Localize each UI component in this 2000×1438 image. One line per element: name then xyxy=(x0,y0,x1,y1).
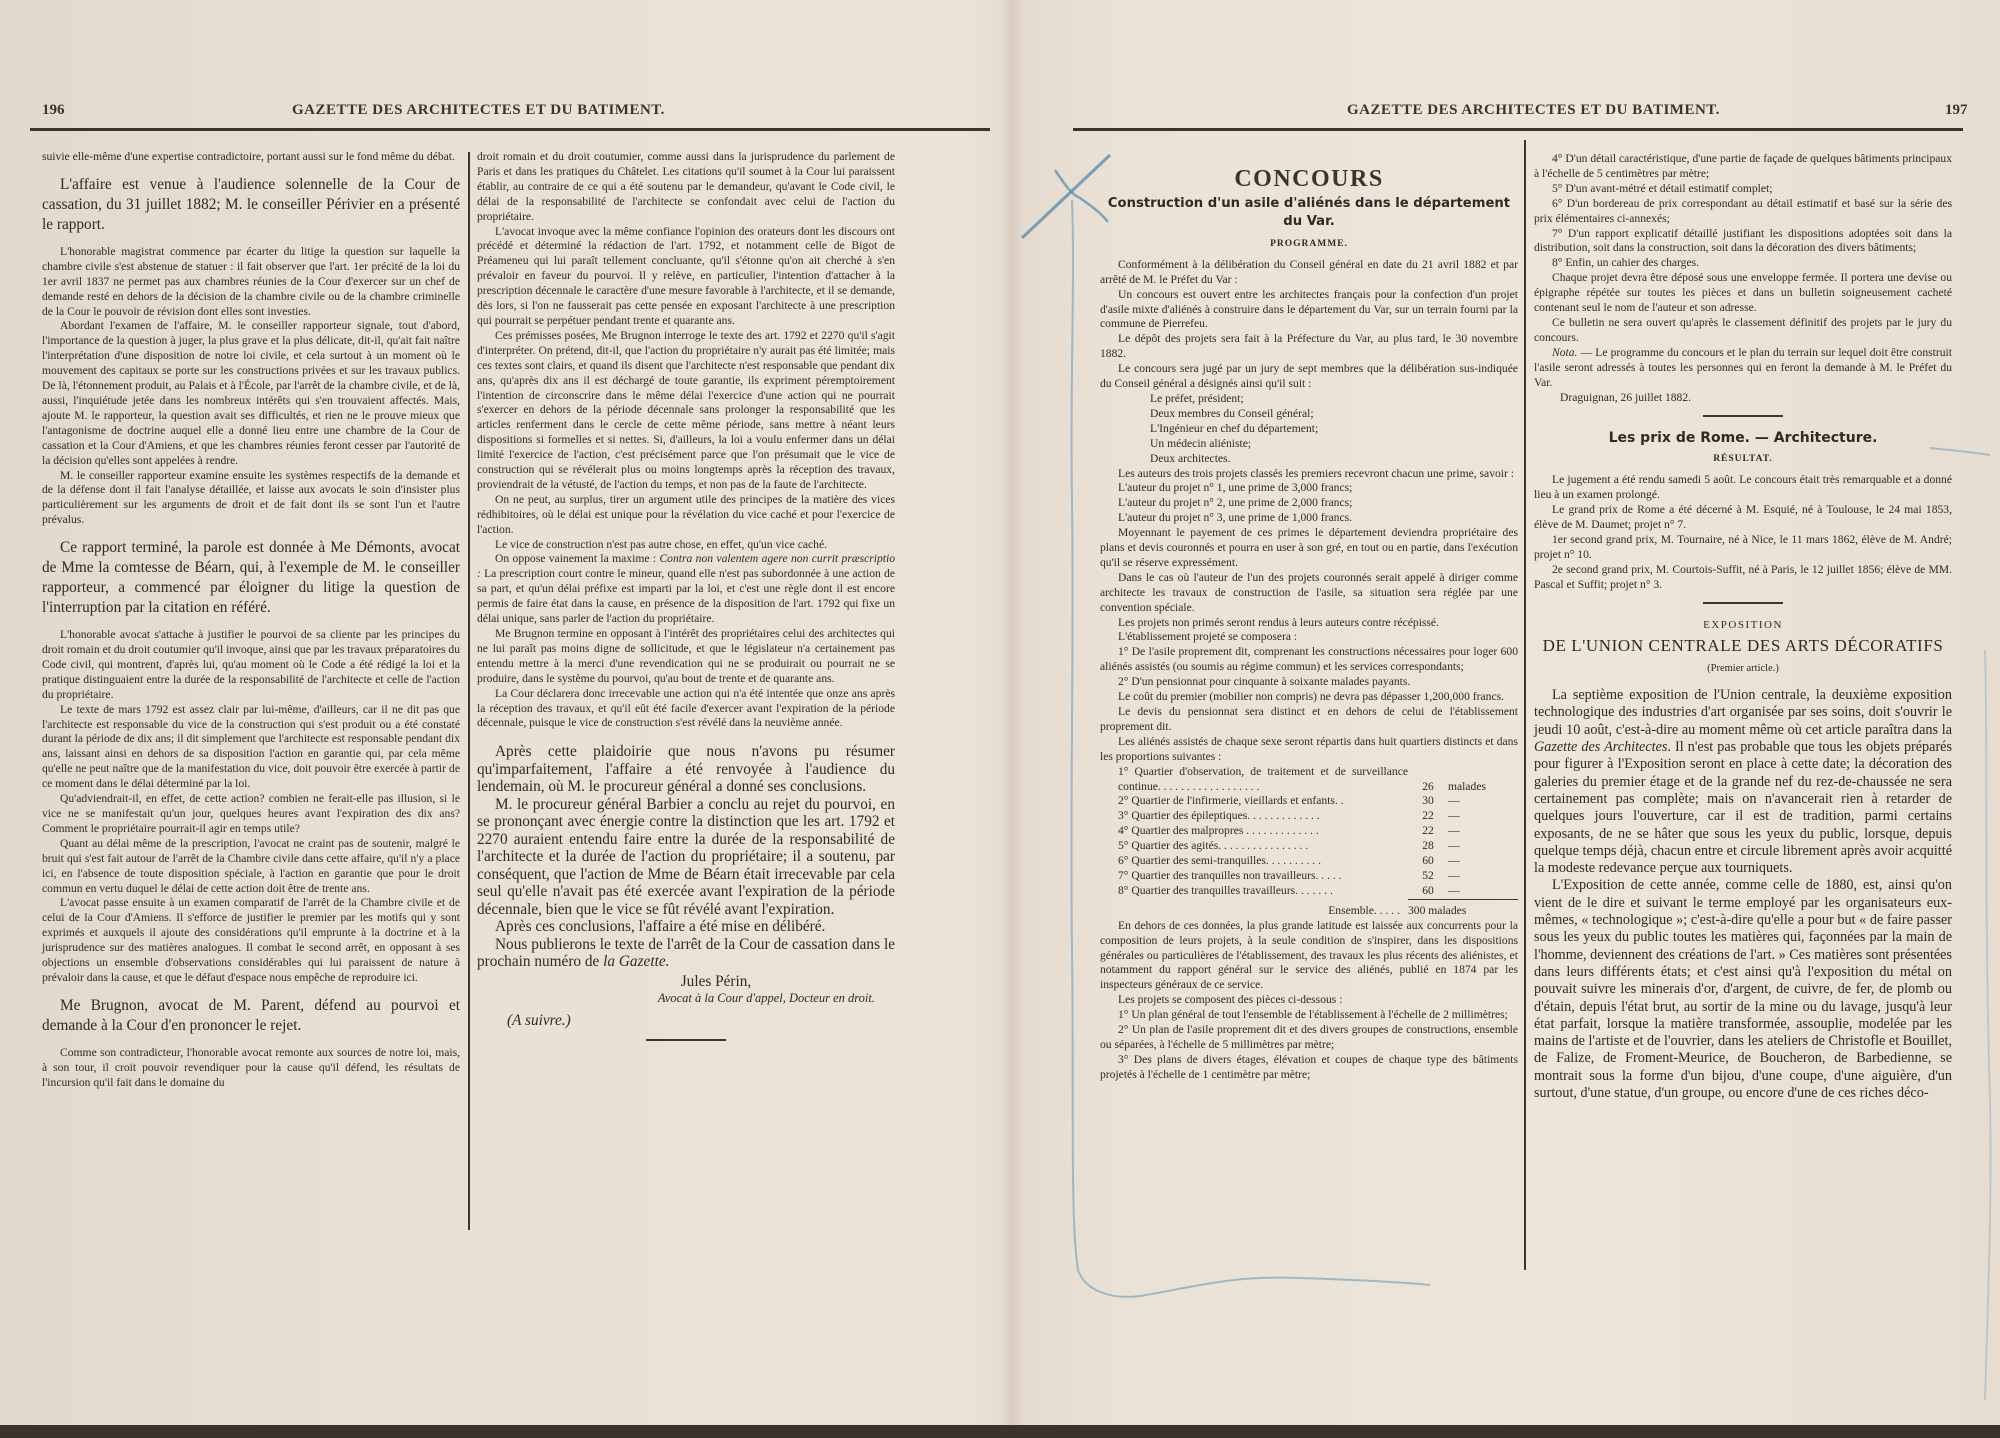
paragraph: suivie elle-même d'une expertise contrad… xyxy=(42,150,460,165)
rome-prize-title: Les prix de Rome. — Architecture. xyxy=(1534,431,1952,446)
lead-paragraph: Nous publierons le texte de l'arrêt de l… xyxy=(477,936,895,971)
quartiers-table: 1° Quartier d'observation, de traitement… xyxy=(1100,765,1518,919)
paragraph: 1° De l'asile proprement dit, comprenant… xyxy=(1100,645,1518,675)
paragraph: L'avocat invoque avec la même confiance … xyxy=(477,225,895,329)
result-label: RÉSULTAT. xyxy=(1534,452,1952,467)
piece-item: 5° D'un avant-métré et détail estimatif … xyxy=(1534,182,1952,197)
lead-paragraph: La septième exposition de l'Union centra… xyxy=(1534,687,1952,877)
lead-paragraph: L'Exposition de cette année, comme celle… xyxy=(1534,877,1952,1102)
paragraph: Quant au délai même de la prescription, … xyxy=(42,837,460,897)
paragraph: droit romain et du droit coutumier, comm… xyxy=(477,150,895,225)
page-number-left: 196 xyxy=(42,102,65,119)
piece-item: 1° Un plan général de tout l'ensemble de… xyxy=(1100,1008,1518,1023)
exposition-note: (Premier article.) xyxy=(1534,662,1952,677)
paragraph: 2e second grand prix, M. Courtois-Suffit… xyxy=(1534,563,1952,593)
nota-paragraph: Nota. — Le programme du concours et le p… xyxy=(1534,346,1952,391)
paragraph: Les projets non primés seront rendus à l… xyxy=(1100,616,1518,631)
paragraph: Le jugement a été rendu samedi 5 août. L… xyxy=(1534,473,1952,503)
paragraph: Chaque projet devra être déposé sous une… xyxy=(1534,271,1952,316)
section-rule xyxy=(1703,415,1783,417)
concours-subtitle: Construction d'un asile d'aliénés dans l… xyxy=(1100,195,1518,231)
table-row: 6° Quartier des semi-tranquilles. . . . … xyxy=(1100,854,1518,869)
paragraph: Le grand prix de Rome a été décerné à M.… xyxy=(1534,503,1952,533)
column-divider xyxy=(1524,140,1526,1270)
page-number-right: 197 xyxy=(1945,102,1968,119)
paragraph: Comme son contradicteur, l'honorable avo… xyxy=(42,1046,460,1091)
piece-item: 8° Enfin, un cahier des charges. xyxy=(1534,256,1952,271)
dateline: Draguignan, 26 juillet 1882. xyxy=(1534,391,1952,406)
jury-member: L'Ingénieur en chef du département; xyxy=(1150,422,1518,437)
paragraph: Le devis du pensionnat sera distinct et … xyxy=(1100,705,1518,735)
to-be-continued: (A suivre.) xyxy=(477,1012,895,1030)
lead-paragraph: Après ces conclusions, l'affaire a été m… xyxy=(477,918,895,936)
paragraph: 2° D'un pensionnat pour cinquante à soix… xyxy=(1100,675,1518,690)
piece-item: 4° D'un détail caractéristique, d'une pa… xyxy=(1534,152,1952,182)
jury-list: Le préfet, président; Deux membres du Co… xyxy=(1100,392,1518,467)
paragraph: Le concours sera jugé par un jury de sep… xyxy=(1100,362,1518,392)
section-title-concours: CONCOURS xyxy=(1100,172,1518,187)
paragraph: La Cour déclarera donc irrecevable une a… xyxy=(477,687,895,732)
table-row: 8° Quartier des tranquilles travailleurs… xyxy=(1100,884,1518,899)
header-rule-left xyxy=(30,128,990,131)
running-head-left: GAZETTE DES ARCHITECTES ET DU BATIMENT. xyxy=(292,102,665,124)
author-name: Jules Périn, xyxy=(477,973,895,991)
paragraph: Ce bulletin ne sera ouvert qu'après le c… xyxy=(1534,316,1952,346)
running-head-right: GAZETTE DES ARCHITECTES ET DU BATIMENT. xyxy=(1347,102,1720,124)
table-row: 1° Quartier d'observation, de traitement… xyxy=(1100,765,1518,795)
paragraph: Me Brugnon termine en opposant à l'intér… xyxy=(477,627,895,687)
column-4: 4° D'un détail caractéristique, d'une pa… xyxy=(1534,152,1952,1102)
paragraph: L'avocat passe ensuite à un examen compa… xyxy=(42,896,460,985)
column-2: droit romain et du droit coutumier, comm… xyxy=(477,150,895,1051)
paragraph: Les aliénés assistés de chaque sexe sero… xyxy=(1100,735,1518,765)
exposition-kicker: EXPOSITION xyxy=(1534,618,1952,633)
header-rule-right xyxy=(1073,128,1963,131)
programme-label: PROGRAMME. xyxy=(1100,237,1518,252)
piece-item: 3° Des plans de divers étages, élévation… xyxy=(1100,1053,1518,1083)
section-rule xyxy=(1703,602,1783,604)
column-divider xyxy=(468,152,470,1230)
lead-paragraph: Après cette plaidoirie que nous n'avons … xyxy=(477,743,895,796)
table-row: 5° Quartier des agités. . . . . . . . . … xyxy=(1100,839,1518,854)
paragraph: Qu'adviendrait-il, en effet, de cette ac… xyxy=(42,792,460,837)
table-row: 2° Quartier de l'infirmerie, vieillards … xyxy=(1100,794,1518,809)
column-1: suivie elle-même d'une expertise contrad… xyxy=(42,150,460,1091)
table-row: 7° Quartier des tranquilles non travaill… xyxy=(1100,869,1518,884)
jury-member: Le préfet, président; xyxy=(1150,392,1518,407)
lead-paragraph: Ce rapport terminé, la parole est donnée… xyxy=(42,538,460,618)
jury-member: Deux architectes. xyxy=(1150,452,1518,467)
lead-paragraph: M. le procureur général Barbier a conclu… xyxy=(477,796,895,919)
table-row: 3° Quartier des épileptiques. . . . . . … xyxy=(1100,809,1518,824)
author-title: Avocat à la Cour d'appel, Docteur en dro… xyxy=(477,990,895,1008)
paragraph: Un concours est ouvert entre les archite… xyxy=(1100,288,1518,333)
prize-item: L'auteur du projet n° 3, une prime de 1,… xyxy=(1118,511,1518,526)
paragraph: Dans le cas où l'auteur de l'un des proj… xyxy=(1100,571,1518,616)
piece-item: 6° D'un bordereau de prix correspondant … xyxy=(1534,197,1952,227)
page-bottom-edge xyxy=(0,1425,2000,1438)
prize-item: L'auteur du projet n° 2, une prime de 2,… xyxy=(1118,496,1518,511)
page-gutter xyxy=(1000,0,1024,1438)
paragraph: L'honorable avocat s'attache à justifier… xyxy=(42,628,460,703)
paragraph: Abordant l'examen de l'affaire, M. le co… xyxy=(42,319,460,468)
paragraph: 1er second grand prix, M. Tournaire, né … xyxy=(1534,533,1952,563)
paragraph: Ces prémisses posées, Me Brugnon interro… xyxy=(477,329,895,493)
paragraph: Le dépôt des projets sera fait à la Préf… xyxy=(1100,332,1518,362)
prize-item: L'auteur du projet n° 1, une prime de 3,… xyxy=(1118,481,1518,496)
paragraph: L'établissement projeté se composera : xyxy=(1100,630,1518,645)
table-total-row: Ensemble. . . . .300 malades xyxy=(1100,899,1518,918)
paragraph: On oppose vainement la maxime : Contra n… xyxy=(477,552,895,627)
exposition-title: DE L'UNION CENTRALE DES ARTS DÉCORATIFS xyxy=(1534,639,1952,654)
jury-member: Un médecin aliéniste; xyxy=(1150,437,1518,452)
lead-paragraph: L'affaire est venue à l'audience solenne… xyxy=(42,175,460,235)
paragraph: Les auteurs des trois projets classés le… xyxy=(1100,467,1518,482)
paragraph: Les projets se composent des pièces ci-d… xyxy=(1100,993,1518,1008)
lead-paragraph: Me Brugnon, avocat de M. Parent, défend … xyxy=(42,996,460,1036)
piece-item: 7° D'un rapport explicatif détaillé just… xyxy=(1534,227,1952,257)
paragraph: Le texte de mars 1792 est assez clair pa… xyxy=(42,703,460,792)
paragraph: En dehors de ces données, la plus grande… xyxy=(1100,919,1518,994)
piece-item: 2° Un plan de l'asile proprement dit et … xyxy=(1100,1023,1518,1053)
paragraph: Moyennant le payement de ces primes le d… xyxy=(1100,526,1518,571)
jury-member: Deux membres du Conseil général; xyxy=(1150,407,1518,422)
prize-list: L'auteur du projet n° 1, une prime de 3,… xyxy=(1100,481,1518,526)
paragraph: Le coût du premier (mobilier non compris… xyxy=(1100,690,1518,705)
paragraph: L'honorable magistrat commence par écart… xyxy=(42,245,460,320)
paragraph: Conformément à la délibération du Consei… xyxy=(1100,258,1518,288)
paragraph: Le vice de construction n'est pas autre … xyxy=(477,538,895,553)
paragraph: On ne peut, au surplus, tirer un argumen… xyxy=(477,493,895,538)
end-rule xyxy=(646,1039,726,1041)
column-3: CONCOURS Construction d'un asile d'alién… xyxy=(1100,168,1518,1083)
paragraph: M. le conseiller rapporteur examine ensu… xyxy=(42,469,460,529)
table-row: 4° Quartier des malpropres . . . . . . .… xyxy=(1100,824,1518,839)
